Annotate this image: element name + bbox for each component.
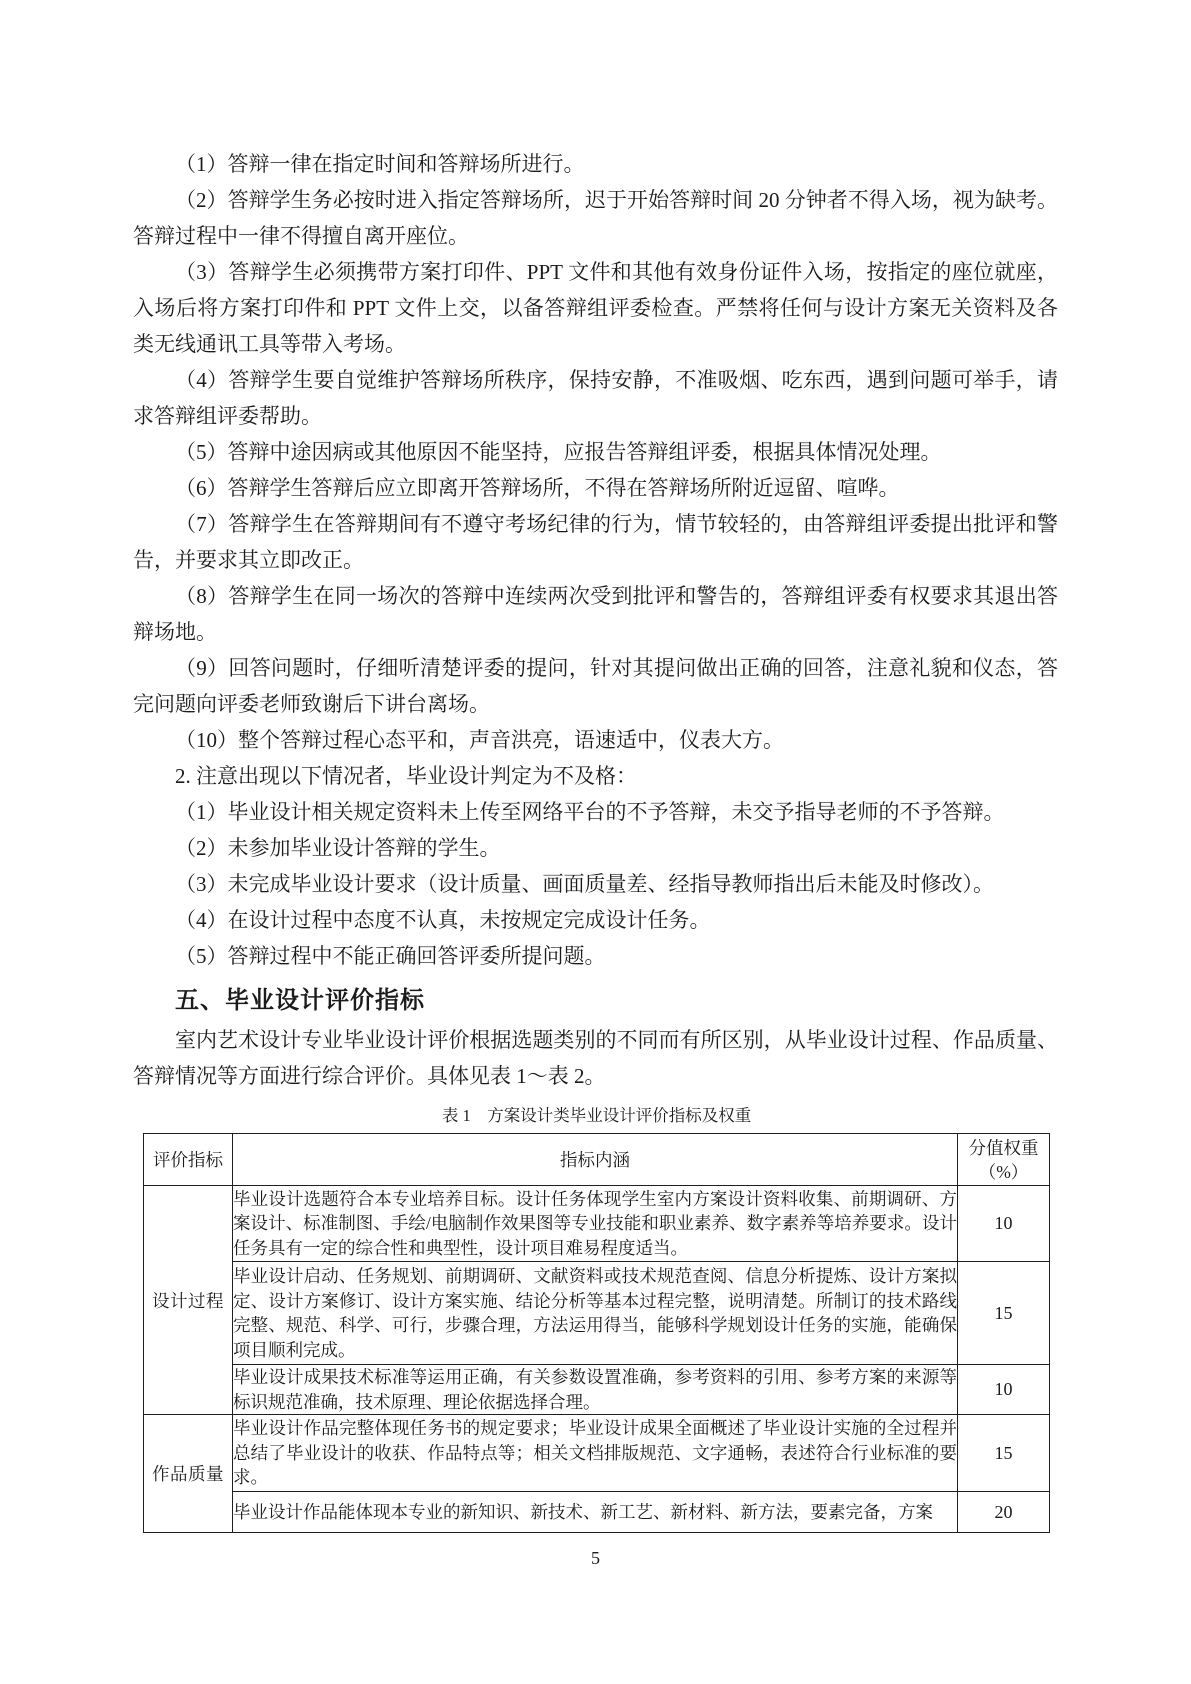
evaluation-table: 评价指标 指标内涵 分值权重（%） 设计过程 毕业设计选题符合本专业培养目标。设… [143,1133,1050,1533]
table-row: 设计过程 毕业设计选题符合本专业培养目标。设计任务体现学生室内方案设计资料收集、… [144,1186,1050,1262]
row-weight: 10 [958,1365,1050,1415]
page-number: 5 [133,1547,1058,1569]
list-item: 2. 注意出现以下情况者，毕业设计判定为不及格： [133,758,1058,794]
list-item: （2）未参加毕业设计答辩的学生。 [133,830,1058,866]
list-item: （3）答辩学生必须携带方案打印件、PPT 文件和其他有效身份证件入场，按指定的座… [133,254,1058,362]
group-design-process: 设计过程 [144,1186,233,1415]
defense-rules-list: （1）答辩一律在指定时间和答辩场所进行。 （2）答辩学生务必按时进入指定答辩场所… [133,146,1058,974]
row-weight: 10 [958,1186,1050,1262]
row-content: 毕业设计启动、任务规划、前期调研、文献资料或技术规范查阅、信息分析提炼、设计方案… [233,1262,958,1365]
list-item: （7）答辩学生在答辩期间有不遵守考场纪律的行为，情节较轻的，由答辩组评委提出批评… [133,506,1058,578]
row-weight: 15 [958,1262,1050,1365]
list-item: （2）答辩学生务必按时进入指定答辩场所，迟于开始答辩时间 20 分钟者不得入场，… [133,182,1058,254]
row-content: 毕业设计成果技术标准等运用正确，有关参数设置准确，参考资料的引用、参考方案的来源… [233,1365,958,1415]
group-work-quality: 作品质量 [144,1415,233,1533]
table-row: 毕业设计成果技术标准等运用正确，有关参数设置准确，参考资料的引用、参考方案的来源… [144,1365,1050,1415]
header-weight-line2: （%） [979,1162,1029,1182]
list-item: （5）答辩中途因病或其他原因不能坚持，应报告答辩组评委，根据具体情况处理。 [133,434,1058,470]
list-item: （5）答辩过程中不能正确回答评委所提问题。 [133,938,1058,974]
row-weight: 20 [958,1492,1050,1533]
list-item: （4）在设计过程中态度不认真，未按规定完成设计任务。 [133,902,1058,938]
row-content: 毕业设计作品完整体现任务书的规定要求；毕业设计成果全面概述了毕业设计实施的全过程… [233,1415,958,1492]
header-criteria: 评价指标 [144,1134,233,1186]
list-item: （9）回答问题时，仔细听清楚评委的提问，针对其提问做出正确的回答，注意礼貌和仪态… [133,650,1058,722]
list-item: （8）答辩学生在同一场次的答辩中连续两次受到批评和警告的，答辩组评委有权要求其退… [133,578,1058,650]
document-page: （1）答辩一律在指定时间和答辩场所进行。 （2）答辩学生务必按时进入指定答辩场所… [0,0,1191,1684]
list-item: （1）答辩一律在指定时间和答辩场所进行。 [133,146,1058,182]
list-item: （1）毕业设计相关规定资料未上传至网络平台的不予答辩，未交予指导老师的不予答辩。 [133,794,1058,830]
section-intro-paragraph: 室内艺术设计专业毕业设计评价根据选题类别的不同而有所区别，从毕业设计过程、作品质… [133,1022,1058,1094]
header-weight: 分值权重（%） [958,1134,1050,1186]
row-content: 毕业设计选题符合本专业培养目标。设计任务体现学生室内方案设计资料收集、前期调研、… [233,1186,958,1262]
list-item: （6）答辩学生答辩后应立即离开答辩场所，不得在答辩场所附近逗留、喧哗。 [133,470,1058,506]
header-connotation: 指标内涵 [233,1134,958,1186]
table-row: 毕业设计启动、任务规划、前期调研、文献资料或技术规范查阅、信息分析提炼、设计方案… [144,1262,1050,1365]
table-caption: 表 1 方案设计类毕业设计评价指标及权重 [143,1105,1050,1127]
header-weight-line1: 分值权重 [969,1138,1039,1158]
row-content: 毕业设计作品能体现本专业的新知识、新技术、新工艺、新材料、新方法，要素完备，方案 [233,1492,958,1533]
list-item: （3）未完成毕业设计要求（设计质量、画面质量差、经指导教师指出后未能及时修改）。 [133,866,1058,902]
section-heading: 五、毕业设计评价指标 [133,984,1058,1018]
list-item: （10）整个答辩过程心态平和，声音洪亮，语速适中，仪表大方。 [133,722,1058,758]
row-weight: 15 [958,1415,1050,1492]
table-row: 毕业设计作品能体现本专业的新知识、新技术、新工艺、新材料、新方法，要素完备，方案… [144,1492,1050,1533]
table-header-row: 评价指标 指标内涵 分值权重（%） [144,1134,1050,1186]
table-row: 作品质量 毕业设计作品完整体现任务书的规定要求；毕业设计成果全面概述了毕业设计实… [144,1415,1050,1492]
list-item: （4）答辩学生要自觉维护答辩场所秩序，保持安静，不准吸烟、吃东西，遇到问题可举手… [133,362,1058,434]
